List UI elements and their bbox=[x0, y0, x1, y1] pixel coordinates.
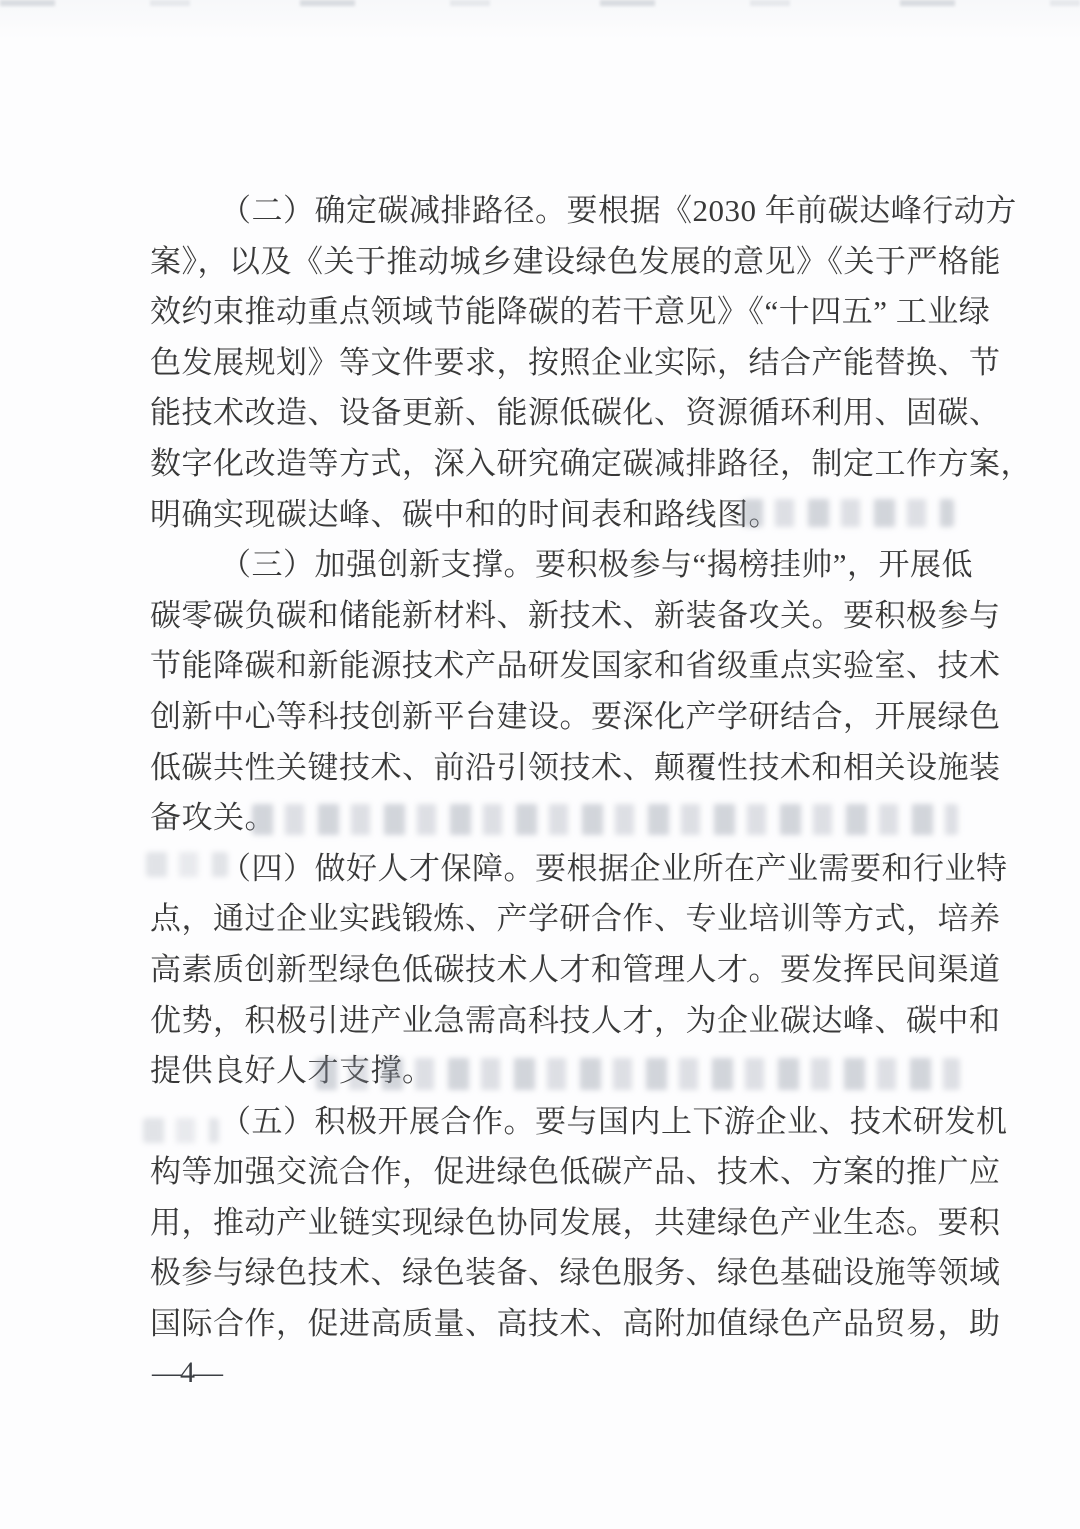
text-line: 用，推动产业链实现绿色协同发展，共建绿色产业生态。要积 bbox=[150, 1198, 962, 1249]
text-line: 能技术改造、设备更新、能源低碳化、资源循环利用、固碳、 bbox=[150, 388, 962, 439]
bleed-through-artifact bbox=[146, 852, 228, 877]
text-line: 数字化改造等方式，深入研究确定碳减排路径，制定工作方案， bbox=[150, 439, 962, 490]
bleed-through-artifact bbox=[316, 1058, 960, 1090]
paragraph-5-cooperation: （五）积极开展合作。要与国内上下游企业、技术研发机 构等加强交流合作，促进绿色低… bbox=[150, 1097, 962, 1350]
text-line: （五）积极开展合作。要与国内上下游企业、技术研发机 bbox=[150, 1097, 962, 1148]
text-line: 效约束推动重点领域节能降碳的若干意见》《“十四五” 工业绿 bbox=[150, 287, 962, 338]
text-line: （二）确定碳减排路径。要根据《2030 年前碳达峰行动方 bbox=[150, 186, 962, 237]
text-line: 色发展规划》等文件要求，按照企业实际，结合产能替换、节 bbox=[150, 338, 962, 389]
text-line: 点，通过企业实践锻炼、产学研合作、专业培训等方式，培养 bbox=[150, 894, 962, 945]
text-line: 极参与绿色技术、绿色装备、绿色服务、绿色基础设施等领域 bbox=[150, 1248, 962, 1299]
text-line: 优势，积极引进产业急需高科技人才，为企业碳达峰、碳中和 bbox=[150, 996, 962, 1047]
text-line: 创新中心等科技创新平台建设。要深化产学研结合，开展绿色 bbox=[150, 692, 962, 743]
bleed-through-artifact bbox=[143, 1118, 219, 1143]
bleed-through-artifact bbox=[742, 499, 954, 527]
text-line: 构等加强交流合作，促进绿色低碳产品、技术、方案的推广应 bbox=[150, 1147, 962, 1198]
text-line: 低碳共性关键技术、前沿引领技术、颠覆性技术和相关设施装 bbox=[150, 743, 962, 794]
scanned-document-page: （二）确定碳减排路径。要根据《2030 年前碳达峰行动方 案》，以及《关于推动城… bbox=[0, 0, 1080, 1529]
page-number: —4— bbox=[152, 1356, 221, 1390]
paragraph-3-innovation-support: （三）加强创新支撑。要积极参与“揭榜挂帅”，开展低 碳零碳负碳和储能新材料、新技… bbox=[150, 540, 962, 844]
text-line: 碳零碳负碳和储能新材料、新技术、新装备攻关。要积极参与 bbox=[150, 591, 962, 642]
paragraph-2-carbon-reduction-path: （二）确定碳减排路径。要根据《2030 年前碳达峰行动方 案》，以及《关于推动城… bbox=[150, 186, 962, 540]
text-line: 案》，以及《关于推动城乡建设绿色发展的意见》《关于严格能 bbox=[150, 237, 962, 288]
text-line: （四）做好人才保障。要根据企业所在产业需要和行业特 bbox=[150, 844, 962, 895]
bleed-through-artifact bbox=[252, 804, 958, 835]
text-line: 节能降碳和新能源技术产品研发国家和省级重点实验室、技术 bbox=[150, 641, 962, 692]
document-body: （二）确定碳减排路径。要根据《2030 年前碳达峰行动方 案》，以及《关于推动城… bbox=[150, 186, 962, 1350]
text-line: （三）加强创新支撑。要积极参与“揭榜挂帅”，开展低 bbox=[150, 540, 962, 591]
scan-edge-artifact bbox=[0, 0, 1080, 6]
text-line: 高素质创新型绿色低碳技术人才和管理人才。要发挥民间渠道 bbox=[150, 945, 962, 996]
text-line: 国际合作，促进高质量、高技术、高附加值绿色产品贸易，助 bbox=[150, 1299, 962, 1350]
